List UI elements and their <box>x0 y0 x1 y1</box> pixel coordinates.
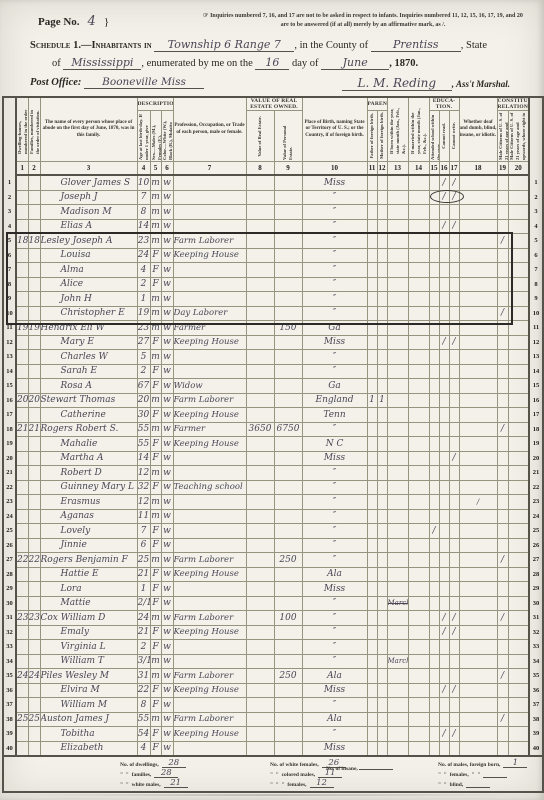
sex: F <box>150 727 161 742</box>
married-month <box>408 669 429 684</box>
tally-label: No. of males, foreign born, <box>438 762 500 768</box>
color: w <box>161 640 173 655</box>
personal-estate-value <box>274 219 302 234</box>
family-number <box>28 698 40 713</box>
age: 2/12 <box>137 596 150 611</box>
col-header-deaf-dumb: Whether deaf and dumb, blind, insane, or… <box>459 97 497 162</box>
cannot-read-mark <box>439 741 449 756</box>
citizen-mark <box>497 640 508 655</box>
citizen-mark <box>497 408 508 423</box>
family-number <box>28 582 40 597</box>
citizen-mark <box>497 495 508 510</box>
birth-month <box>387 669 408 684</box>
cannot-write-mark <box>449 741 459 756</box>
father-foreign-mark: 1 <box>367 393 377 408</box>
sex: F <box>150 683 161 698</box>
dwelling-number <box>16 248 28 263</box>
married-month <box>408 596 429 611</box>
row-number-right: 36 <box>529 683 543 698</box>
citizen-mark <box>497 205 508 220</box>
birthplace: Miss <box>302 582 367 597</box>
cannot-write-mark <box>449 350 459 365</box>
row-number-left: 1 <box>3 175 16 190</box>
sex: m <box>150 509 161 524</box>
birth-month <box>387 582 408 597</box>
col-header-sex: Sex.—Males (M.), Females (F.). <box>150 111 161 162</box>
sex: m <box>150 292 161 307</box>
citizen-mark <box>497 509 508 524</box>
cannot-write-mark <box>449 480 459 495</box>
birth-month <box>387 567 408 582</box>
cannot-read-mark: / <box>439 611 449 626</box>
birthplace: ″ <box>302 234 367 249</box>
row-number-right: 22 <box>529 480 543 495</box>
school-mark <box>429 248 439 263</box>
person-name: William M <box>40 698 137 713</box>
vote-denied-mark <box>508 408 529 423</box>
school-mark <box>429 379 439 394</box>
real-estate-value <box>246 480 274 495</box>
sex: F <box>150 379 161 394</box>
father-foreign-mark <box>367 422 377 437</box>
mother-foreign-mark <box>377 248 387 263</box>
cannot-write-mark: / <box>449 451 459 466</box>
married-month <box>408 451 429 466</box>
citizen-mark <box>497 480 508 495</box>
age: 32 <box>137 480 150 495</box>
real-estate-value <box>246 727 274 742</box>
married-month <box>408 466 429 481</box>
citizen-mark <box>497 727 508 742</box>
tally-label: " " blind, <box>438 782 463 788</box>
row-number-left: 33 <box>3 640 16 655</box>
deaf-dumb <box>459 451 497 466</box>
age: 27 <box>137 335 150 350</box>
vote-denied-mark <box>508 538 529 553</box>
census-row: 25Lovely7Fw″/25 <box>3 524 543 539</box>
deaf-dumb <box>459 524 497 539</box>
age: 10 <box>137 175 150 190</box>
sex: m <box>150 321 161 336</box>
group-value: Value of Real Estate Owned. <box>246 97 302 111</box>
occupation <box>173 364 246 379</box>
birthplace: Miss <box>302 741 367 756</box>
occupation: Keeping House <box>173 625 246 640</box>
birth-month <box>387 611 408 626</box>
sex: F <box>150 277 161 292</box>
family-number: 25 <box>28 712 40 727</box>
column-number-7: 7 <box>173 162 246 176</box>
deaf-dumb <box>459 741 497 756</box>
family-number <box>28 364 40 379</box>
family-number <box>28 524 40 539</box>
col-header-birth-month: If born within the year, state month (Ja… <box>387 97 408 162</box>
birthplace: ″ <box>302 495 367 510</box>
dwelling-number <box>16 509 28 524</box>
row-number-left: 13 <box>3 350 16 365</box>
personal-estate-value <box>274 408 302 423</box>
school-mark <box>429 669 439 684</box>
county-label: , in the County of <box>294 40 368 51</box>
col-header-mother-foreign: Mother of foreign birth. <box>377 111 387 162</box>
deaf-dumb <box>459 466 497 481</box>
birth-month <box>387 698 408 713</box>
cannot-write-mark <box>449 698 459 713</box>
row-number-left: 9 <box>3 292 16 307</box>
occupation: Farmer <box>173 422 246 437</box>
family-number <box>28 625 40 640</box>
row-number-right: 40 <box>529 741 543 756</box>
married-month <box>408 393 429 408</box>
color: w <box>161 669 173 684</box>
row-number-right: 5 <box>529 234 543 249</box>
cannot-read-mark <box>439 712 449 727</box>
real-estate-value <box>246 524 274 539</box>
birthplace: ″ <box>302 509 367 524</box>
real-estate-value <box>246 654 274 669</box>
census-row: 382525Auston James J55mwFarm LaborerAla/… <box>3 712 543 727</box>
person-name: Hattie E <box>40 567 137 582</box>
column-number-17: 17 <box>449 162 459 176</box>
day-of-label: day of <box>292 58 319 69</box>
citizen-mark <box>497 625 508 640</box>
person-name: Mahalie <box>40 437 137 452</box>
age: 8 <box>137 698 150 713</box>
personal-estate-value <box>274 524 302 539</box>
cannot-write-mark <box>449 408 459 423</box>
father-foreign-mark <box>367 480 377 495</box>
sex: F <box>150 567 161 582</box>
deaf-dumb <box>459 234 497 249</box>
tally-value: 21 <box>164 779 188 788</box>
real-estate-value <box>246 625 274 640</box>
cannot-read-mark <box>439 422 449 437</box>
post-office-line: Post Office: Booneville Miss L. M. Redin… <box>30 76 528 89</box>
deaf-dumb <box>459 611 497 626</box>
real-estate-value <box>246 350 274 365</box>
cannot-write-mark <box>449 596 459 611</box>
school-mark <box>429 364 439 379</box>
father-foreign-mark <box>367 567 377 582</box>
occupation <box>173 205 246 220</box>
birth-month <box>387 408 408 423</box>
real-estate-value <box>246 712 274 727</box>
column-number-14: 14 <box>408 162 429 176</box>
post-office-label: Post Office: <box>30 77 81 88</box>
row-number-left: 5 <box>3 234 16 249</box>
census-row: 3Madison M8mw″3 <box>3 205 543 220</box>
mother-foreign-mark <box>377 451 387 466</box>
mother-foreign-mark <box>377 422 387 437</box>
group-description: Description. <box>137 97 173 111</box>
cannot-write-mark <box>449 205 459 220</box>
personal-estate-value <box>274 741 302 756</box>
person-name: John H <box>40 292 137 307</box>
color: w <box>161 335 173 350</box>
tally-label: No. of white females, <box>270 762 319 768</box>
birthplace: ″ <box>302 538 367 553</box>
citizen-mark <box>497 437 508 452</box>
age: 55 <box>137 422 150 437</box>
col-header-real-estate: Value of Real Estate. <box>246 111 274 162</box>
census-row: 13Charles W5mw″13 <box>3 350 543 365</box>
insane-value <box>359 762 393 770</box>
real-estate-value <box>246 683 274 698</box>
family-number <box>28 263 40 278</box>
cannot-write-mark: / <box>449 219 459 234</box>
age: 20 <box>137 393 150 408</box>
occupation <box>173 495 246 510</box>
birth-month <box>387 683 408 698</box>
dwelling-number <box>16 582 28 597</box>
birthplace: ″ <box>302 466 367 481</box>
birth-month <box>387 712 408 727</box>
row-number-right: 37 <box>529 698 543 713</box>
dwelling-number <box>16 683 28 698</box>
dwelling-number <box>16 437 28 452</box>
school-mark <box>429 582 439 597</box>
school-mark <box>429 321 439 336</box>
dwelling-number: 19 <box>16 321 28 336</box>
occupation <box>173 219 246 234</box>
census-table-head: Dwelling-houses, numbered in the order o… <box>3 97 543 175</box>
family-number <box>28 190 40 205</box>
father-foreign-mark <box>367 234 377 249</box>
person-name: Lora <box>40 582 137 597</box>
tally-label: " " females, " " <box>438 772 480 778</box>
family-number <box>28 466 40 481</box>
sex: m <box>150 175 161 190</box>
married-month <box>408 698 429 713</box>
census-row: 24Aganas11mw″24 <box>3 509 543 524</box>
school-mark <box>429 683 439 698</box>
inquiries-note-text: Inquiries numbered 7, 16, and 17 are not… <box>210 13 523 28</box>
age: 31 <box>137 669 150 684</box>
personal-estate-value <box>274 466 302 481</box>
row-number-right: 10 <box>529 306 543 321</box>
birth-month <box>387 524 408 539</box>
census-table-body: 1Glover James S10mwMiss//12Joseph J7mw″/… <box>3 175 543 756</box>
dwelling-number <box>16 364 28 379</box>
color: w <box>161 582 173 597</box>
page-no-label: Page No. <box>38 16 80 28</box>
occupation: Farm Laborer <box>173 712 246 727</box>
person-name: Elizabeth <box>40 741 137 756</box>
sex: m <box>150 219 161 234</box>
school-mark <box>429 306 439 321</box>
dwelling-number <box>16 654 28 669</box>
row-number-right: 33 <box>529 640 543 655</box>
cannot-write-mark <box>449 669 459 684</box>
tally-value <box>466 787 490 788</box>
row-number-left: 24 <box>3 509 16 524</box>
sex: m <box>150 712 161 727</box>
row-number-right: 32 <box>529 625 543 640</box>
school-mark <box>429 451 439 466</box>
census-row: 51818Lesley Joseph A23mwFarm Laborer″/5 <box>3 234 543 249</box>
father-foreign-mark <box>367 596 377 611</box>
married-month <box>408 350 429 365</box>
census-row: 4Elias A14mw″//4 <box>3 219 543 234</box>
real-estate-value <box>246 698 274 713</box>
deaf-dumb <box>459 538 497 553</box>
deaf-dumb <box>459 567 497 582</box>
mother-foreign-mark <box>377 567 387 582</box>
cannot-read-mark <box>439 495 449 510</box>
vote-denied-mark <box>508 393 529 408</box>
col-header-citizen: Male Citizens of U. S. of 21 years of ag… <box>497 111 508 162</box>
row-number-right: 26 <box>529 538 543 553</box>
color: w <box>161 408 173 423</box>
occupation: Farm Laborer <box>173 234 246 249</box>
married-month <box>408 683 429 698</box>
citizen-mark <box>497 190 508 205</box>
married-month <box>408 364 429 379</box>
father-foreign-mark <box>367 277 377 292</box>
personal-estate-value <box>274 654 302 669</box>
married-month <box>408 611 429 626</box>
sex: F <box>150 741 161 756</box>
mother-foreign-mark <box>377 335 387 350</box>
cannot-read-mark <box>439 466 449 481</box>
row-number-right: 19 <box>529 437 543 452</box>
col-header-vote-denied: Male Citizens of U. S. of 21 years of ag… <box>508 111 529 162</box>
vote-denied-mark <box>508 437 529 452</box>
dwelling-number <box>16 538 28 553</box>
dwelling-number <box>16 524 28 539</box>
birth-month <box>387 335 408 350</box>
row-number-left: 25 <box>3 524 16 539</box>
personal-estate-value <box>274 350 302 365</box>
col-header-cannot-write: Cannot write. <box>449 111 459 162</box>
father-foreign-mark <box>367 175 377 190</box>
person-name: Alice <box>40 277 137 292</box>
row-number-right: 4 <box>529 219 543 234</box>
sex: F <box>150 335 161 350</box>
citizen-mark: / <box>497 553 508 568</box>
color: w <box>161 379 173 394</box>
row-number-right: 12 <box>529 335 543 350</box>
vote-denied-mark <box>508 350 529 365</box>
occupation: Farm Laborer <box>173 393 246 408</box>
cannot-read-mark <box>439 350 449 365</box>
personal-estate-value <box>274 683 302 698</box>
color: w <box>161 422 173 437</box>
birth-month <box>387 263 408 278</box>
vote-denied-mark <box>508 611 529 626</box>
col-header-school: Attended school within the year. <box>429 111 439 162</box>
tally-value: 28 <box>162 759 186 768</box>
sex: F <box>150 408 161 423</box>
birthplace: ″ <box>302 698 367 713</box>
cannot-read-mark <box>439 698 449 713</box>
personal-estate-value <box>274 480 302 495</box>
mother-foreign-mark <box>377 640 387 655</box>
father-foreign-mark <box>367 712 377 727</box>
census-row: 9John H1mw″9 <box>3 292 543 307</box>
citizen-mark <box>497 393 508 408</box>
row-number-left: 39 <box>3 727 16 742</box>
citizen-mark: / <box>497 669 508 684</box>
real-estate-value <box>246 451 274 466</box>
row-number-right: 16 <box>529 393 543 408</box>
row-number-left: 14 <box>3 364 16 379</box>
cannot-write-mark <box>449 437 459 452</box>
father-foreign-mark <box>367 625 377 640</box>
color: w <box>161 451 173 466</box>
dwelling-number: 24 <box>16 669 28 684</box>
cannot-write-mark <box>449 277 459 292</box>
vote-denied-mark <box>508 712 529 727</box>
color: w <box>161 248 173 263</box>
father-foreign-mark <box>367 466 377 481</box>
color: w <box>161 350 173 365</box>
cannot-write-mark: / <box>449 175 459 190</box>
school-mark <box>429 625 439 640</box>
deaf-dumb <box>459 350 497 365</box>
married-month <box>408 509 429 524</box>
row-number-right: 28 <box>529 567 543 582</box>
real-estate-value <box>246 567 274 582</box>
age: 25 <box>137 553 150 568</box>
vote-denied-mark <box>508 524 529 539</box>
row-number-right: 1 <box>529 175 543 190</box>
birth-month <box>387 190 408 205</box>
row-number-right: 2 <box>529 190 543 205</box>
school-mark <box>429 335 439 350</box>
birthplace: Miss <box>302 683 367 698</box>
tally-value: 1 <box>503 759 527 768</box>
vote-denied-mark <box>508 596 529 611</box>
sex: m <box>150 350 161 365</box>
personal-estate-value <box>274 640 302 655</box>
sex: m <box>150 422 161 437</box>
tally-segment: " " " females,12 <box>270 779 438 788</box>
column-number-2: 2 <box>28 162 40 176</box>
dwelling-number <box>16 277 28 292</box>
birth-month <box>387 277 408 292</box>
row-number-left: 6 <box>3 248 16 263</box>
personal-estate-value: 100 <box>274 611 302 626</box>
vote-denied-mark <box>508 495 529 510</box>
cannot-read-mark <box>439 263 449 278</box>
birthplace: Miss <box>302 451 367 466</box>
cannot-write-mark <box>449 538 459 553</box>
family-number <box>28 292 40 307</box>
sex: F <box>150 248 161 263</box>
birthplace: N C <box>302 437 367 452</box>
tally-value: 28 <box>154 769 178 778</box>
color: w <box>161 567 173 582</box>
sex: m <box>150 495 161 510</box>
birth-month <box>387 379 408 394</box>
vote-denied-mark <box>508 234 529 249</box>
column-number-13: 13 <box>387 162 408 176</box>
sex: F <box>150 625 161 640</box>
row-number-right: 14 <box>529 364 543 379</box>
married-month <box>408 306 429 321</box>
family-number: 23 <box>28 611 40 626</box>
occupation <box>173 582 246 597</box>
person-name: Louisa <box>40 248 137 263</box>
person-name: Piles Wesley M <box>40 669 137 684</box>
marshal-title: , Ass't Marshal. <box>452 79 510 89</box>
row-number-left: 21 <box>3 466 16 481</box>
age: 3/12 <box>137 654 150 669</box>
school-mark <box>429 480 439 495</box>
cannot-read-mark <box>439 234 449 249</box>
footer-tallies: No. of dwellings,28No. of white females,… <box>3 756 543 792</box>
